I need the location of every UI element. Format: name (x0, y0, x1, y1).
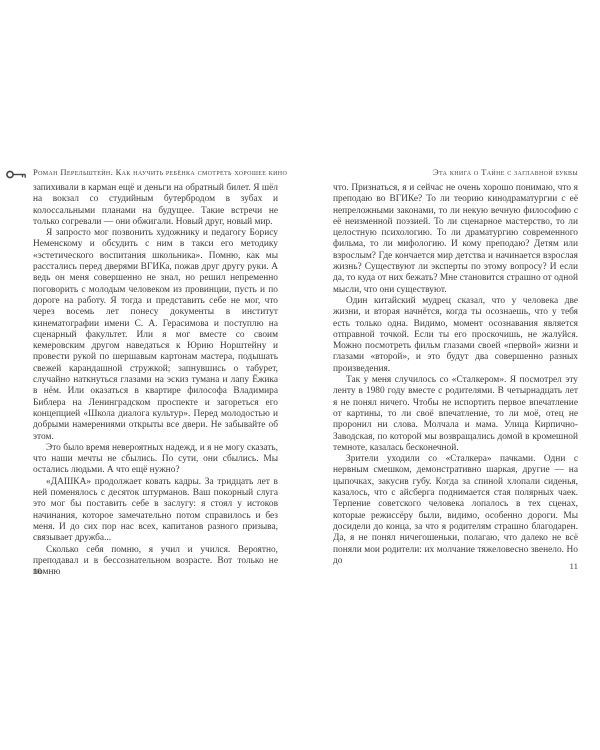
book-spread: Роман Перельштейн. Как научить ребёнка с… (0, 0, 600, 750)
key-icon (6, 167, 28, 178)
right-page-body: что. Признаться, я и сейчас не очень хор… (333, 183, 578, 567)
page-number-right: 11 (333, 561, 578, 571)
paragraph: запихивали в карман ещё и деньги на обра… (33, 183, 278, 228)
left-page-body: запихивали в карман ещё и деньги на обра… (33, 183, 278, 578)
paragraph: «ДАШКА» продолжает ковать кадры. За трид… (33, 477, 278, 545)
page-number-left: 10 (33, 566, 278, 576)
paragraph: Так у меня случилось со «Сталкером». Я п… (333, 375, 578, 454)
paragraph: Зрители уходили со «Сталкера» пачками. О… (333, 454, 578, 567)
paragraph: Это было время невероятных надежд, и я н… (33, 443, 278, 477)
left-running-header: Роман Перельштейн. Как научить ребёнка с… (33, 166, 278, 178)
right-running-header: Эта книга о Тайне с заглавной буквы (333, 166, 578, 178)
paragraph: что. Признаться, я и сейчас не очень хор… (333, 183, 578, 296)
paragraph: Я запросто мог позвонить художнику и пед… (33, 228, 278, 443)
paragraph: Один китайский мудрец сказал, что у чело… (333, 296, 578, 375)
